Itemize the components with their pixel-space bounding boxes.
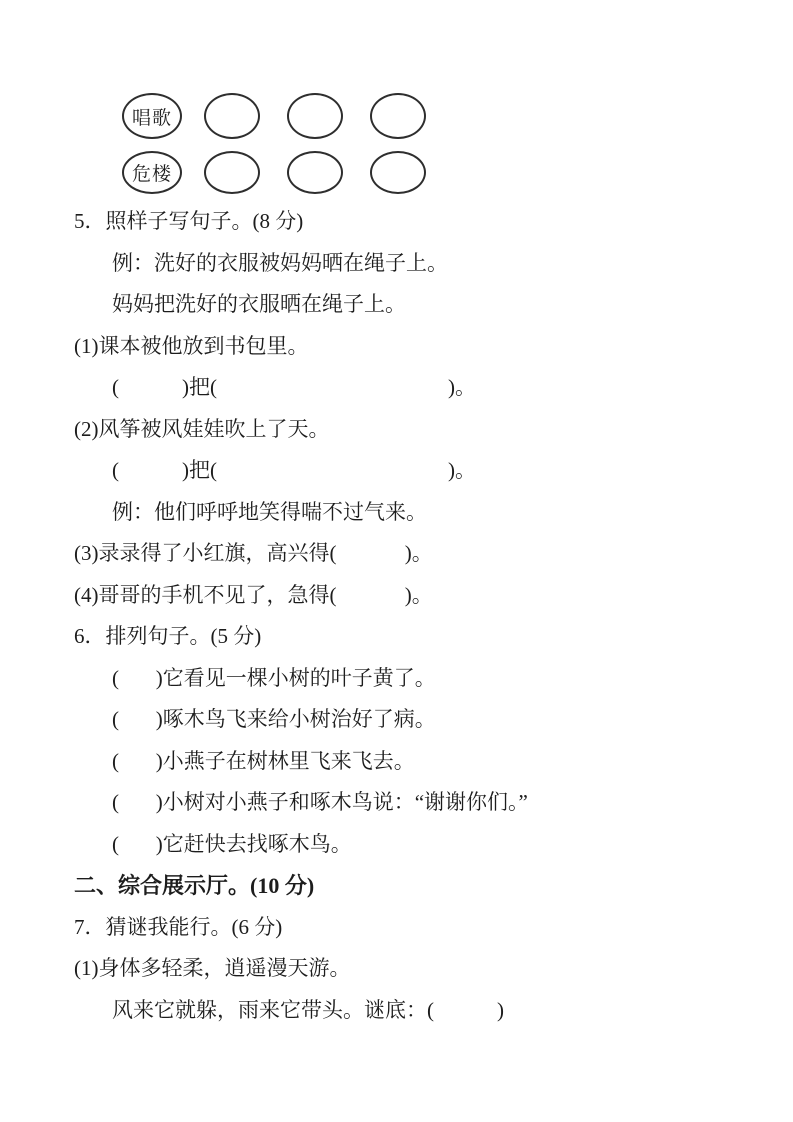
q6-order-item: ( )小树对小燕子和啄木鸟说：“谢谢你们。” (74, 782, 774, 824)
q5-item-3: (3)录录得了小红旗，高兴得( )。 (74, 533, 774, 575)
q5-item-1-answer-blank: ( )把( )。 (74, 367, 774, 409)
q5-example-rewrite: 妈妈把洗好的衣服晒在绳子上。 (74, 284, 774, 326)
q6-order-item: ( )它赶快去找啄木鸟。 (74, 824, 774, 866)
q5-item-1: (1)课本被他放到书包里。 (74, 326, 774, 368)
word-oval-label: 唱歌 (122, 93, 182, 139)
question-6-heading: 6．排列句子。(5 分) (74, 616, 774, 658)
section-2-heading: 二、综合展示厅。(10 分) (74, 865, 774, 907)
empty-oval (204, 151, 260, 194)
word-web-row-weilou: 危楼 (122, 151, 426, 194)
word-oval-text: 唱歌 (132, 103, 172, 130)
q5-item-4: (4)哥哥的手机不见了，急得( )。 (74, 575, 774, 617)
q6-order-item: ( )啄木鸟飞来给小树治好了病。 (74, 699, 774, 741)
empty-oval (370, 93, 426, 139)
q6-order-item: ( )小燕子在树林里飞来飞去。 (74, 741, 774, 783)
empty-oval (370, 151, 426, 194)
question-text-block: 5．照样子写句子。(8 分) 例：洗好的衣服被妈妈晒在绳子上。 妈妈把洗好的衣服… (74, 201, 774, 1031)
question-7-heading: 7．猜谜我能行。(6 分) (74, 907, 774, 949)
word-oval-label: 危楼 (122, 151, 182, 194)
q7-riddle-line-2: 风来它就躲，雨来它带头。谜底：( ) (74, 990, 774, 1032)
question-5-heading: 5．照样子写句子。(8 分) (74, 201, 774, 243)
q5-item-2-answer-blank: ( )把( )。 (74, 450, 774, 492)
word-web-row-changge: 唱歌 (122, 93, 426, 139)
test-paper-page: 唱歌 危楼 5．照样子写句子。(8 分) 例：洗好的衣服被妈妈晒在绳子上。 妈妈… (0, 0, 793, 1122)
q7-riddle-line-1: (1)身体多轻柔，逍遥漫天游。 (74, 948, 774, 990)
q6-order-item: ( )它看见一棵小树的叶子黄了。 (74, 658, 774, 700)
word-oval-text: 危楼 (132, 159, 172, 186)
empty-oval (204, 93, 260, 139)
q5-item-2: (2)风筝被风娃娃吹上了天。 (74, 409, 774, 451)
q5-example-sentence-2: 例：他们呼呼地笑得喘不过气来。 (74, 492, 774, 534)
q5-example-sentence: 例：洗好的衣服被妈妈晒在绳子上。 (74, 243, 774, 285)
empty-oval (287, 93, 343, 139)
empty-oval (287, 151, 343, 194)
